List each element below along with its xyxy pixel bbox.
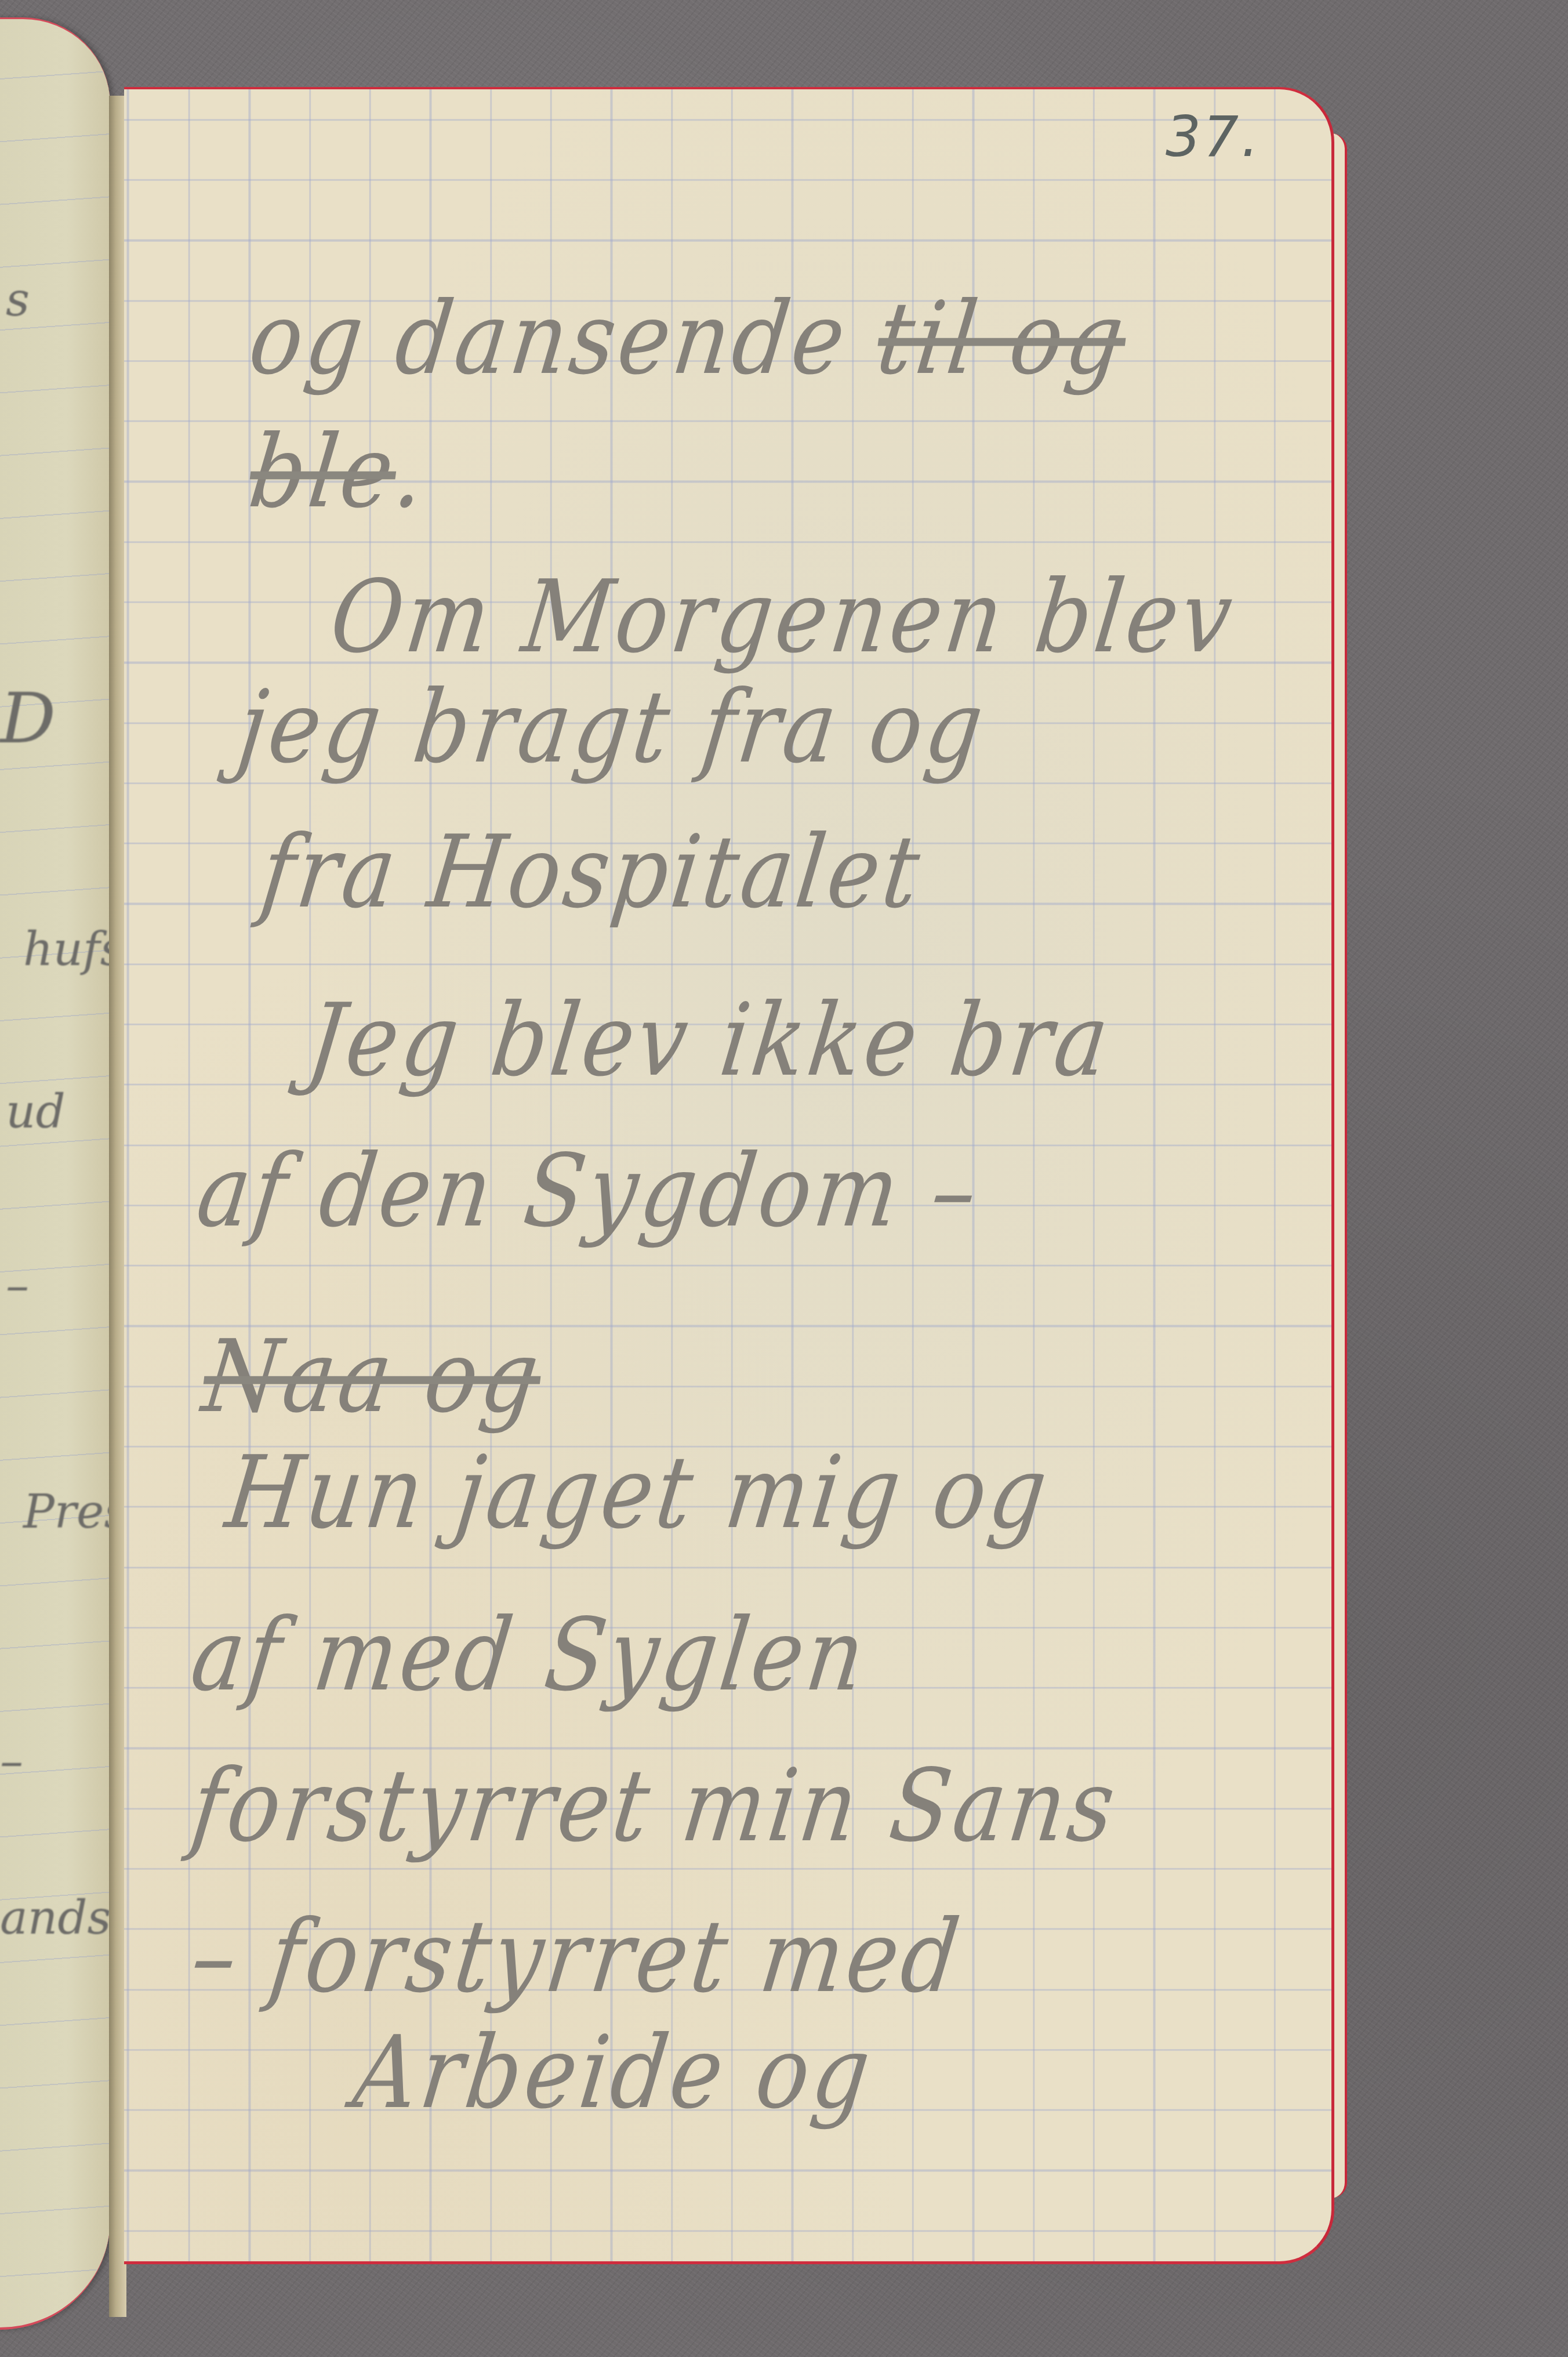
handwritten-line: Jeg blev ikke bra	[302, 982, 1118, 1098]
handwritten-line: – forstyrret med	[186, 1899, 968, 2015]
handwritten-line: fra Hospitalet	[255, 814, 929, 930]
handwritten-line: og dansende til og	[244, 281, 1133, 397]
handwritten-line: ble.	[244, 414, 434, 530]
left-page-fragment: ud	[6, 1085, 66, 1138]
line-text: og dansende	[244, 281, 885, 397]
handwritten-line: forstyrret min Sans	[186, 1748, 1124, 1864]
handwritten-line: Arbeide og	[348, 2015, 879, 2131]
handwritten-line: jeg bragt fra og	[232, 669, 992, 785]
handwritten-line: Om Morgenen blev	[325, 559, 1242, 675]
page-number: 37.	[1166, 104, 1261, 169]
left-page-ruling	[0, 19, 110, 2327]
left-page-fragment: D	[0, 679, 56, 759]
handwritten-line: af med Syglen	[186, 1597, 874, 1713]
handwritten-line: Hun jaget mig og	[220, 1435, 1056, 1551]
struck-text: til og	[872, 281, 1133, 397]
left-page-fragment: –	[0, 1734, 23, 1788]
left-page-fragment: ands	[0, 1891, 111, 1945]
handwritten-line: af den Sygdom –	[191, 1133, 986, 1249]
struck-text: Naa og	[197, 1319, 548, 1435]
left-page	[0, 17, 110, 2330]
handwritten-line: Naa og	[197, 1319, 548, 1435]
left-page-fragment: –	[6, 1259, 29, 1312]
left-page-fragment: s	[6, 273, 30, 327]
struck-text: ble	[244, 414, 403, 530]
